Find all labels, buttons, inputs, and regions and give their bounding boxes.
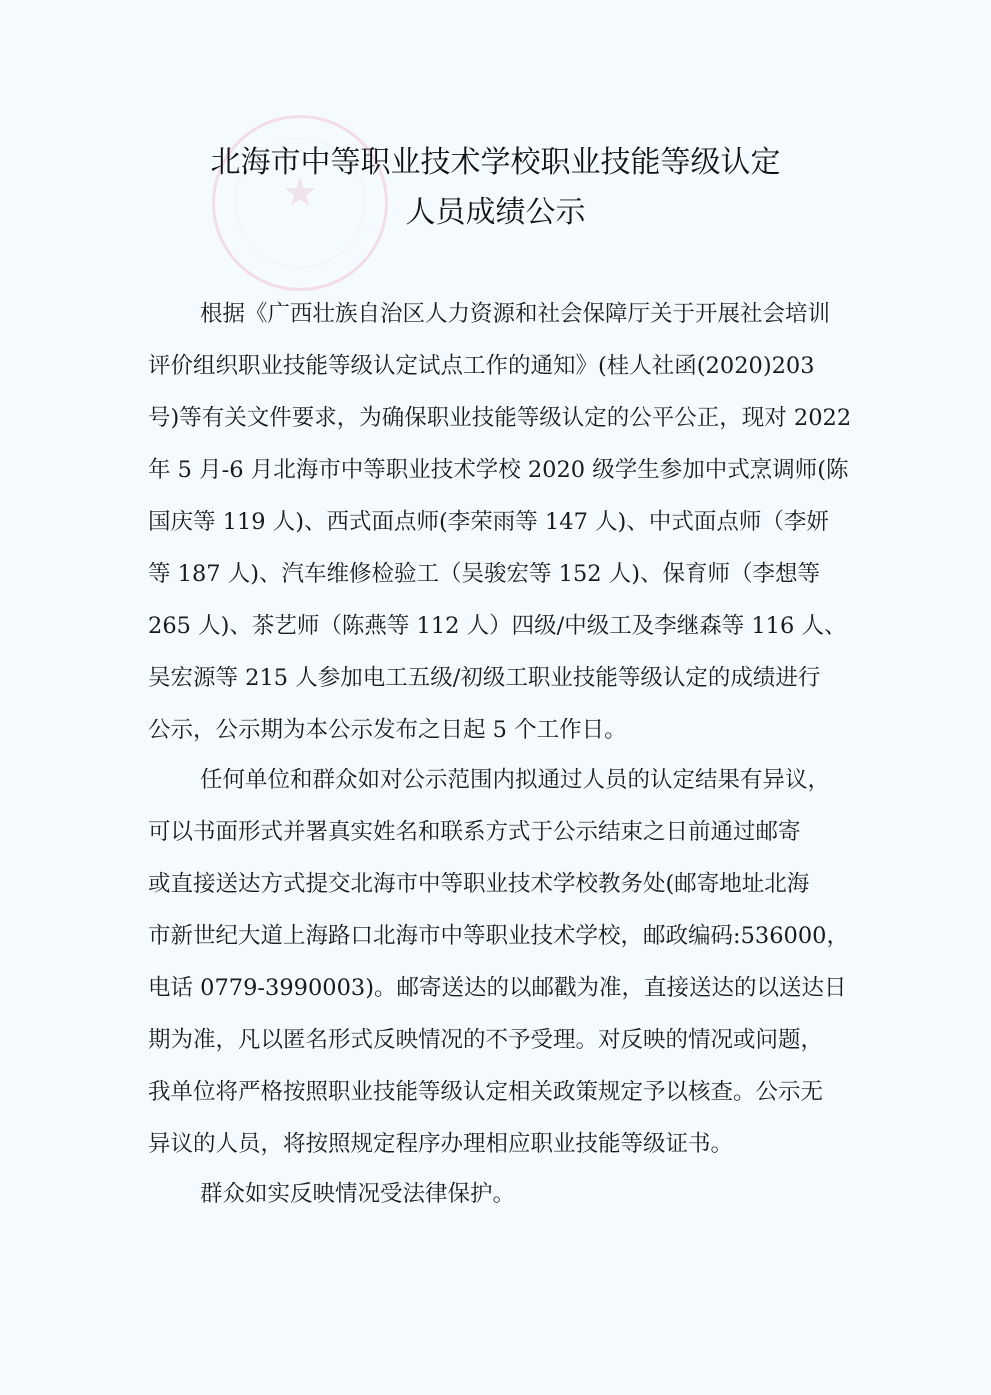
- document-title-line-1: 北海市中等职业技术学校职业技能等级认定: [0, 137, 991, 181]
- text-line: 我单位将严格按照职业技能等级认定相关政策规定予以核查。公示无: [148, 1066, 848, 1118]
- text-line: 根据《广西壮族自治区人力资源和社会保障厅关于开展社会培训: [148, 288, 848, 340]
- paragraph-legal-protection: 群众如实反映情况受法律保护。: [148, 1168, 848, 1220]
- text-line: 265 人)、茶艺师（陈燕等 112 人）四级/中级工及李继森等 116 人、: [148, 600, 848, 652]
- text-line: 异议的人员，将按照规定程序办理相应职业技能等级证书。: [148, 1118, 848, 1170]
- text-line: 或直接送达方式提交北海市中等职业技术学校教务处(邮寄地址北海: [148, 858, 848, 910]
- text-line: 号)等有关文件要求，为确保职业技能等级认定的公平公正，现对 2022: [148, 392, 848, 444]
- text-line: 群众如实反映情况受法律保护。: [148, 1168, 848, 1220]
- paragraph-objection-procedure: 任何单位和群众如对公示范围内拟通过人员的认定结果有异议， 可以书面形式并署真实姓…: [148, 754, 848, 1170]
- text-line: 任何单位和群众如对公示范围内拟通过人员的认定结果有异议，: [148, 754, 848, 806]
- text-line: 期为准，凡以匿名形式反映情况的不予受理。对反映的情况或问题，: [148, 1014, 848, 1066]
- text-line: 评价组织职业技能等级认定试点工作的通知》(桂人社函(2020)203: [148, 340, 848, 392]
- text-line: 可以书面形式并署真实姓名和联系方式于公示结束之日前通过邮寄: [148, 806, 848, 858]
- text-line: 等 187 人)、汽车维修检验工（吴骏宏等 152 人)、保育师（李想等: [148, 548, 848, 600]
- text-line: 国庆等 119 人)、西式面点师(李荣雨等 147 人)、中式面点师（李妍: [148, 496, 848, 548]
- paragraph-announcement: 根据《广西壮族自治区人力资源和社会保障厅关于开展社会培训 评价组织职业技能等级认…: [148, 288, 848, 756]
- text-line: 吴宏源等 215 人参加电工五级/初级工职业技能等级认定的成绩进行: [148, 652, 848, 704]
- document-title-line-2: 人员成绩公示: [0, 187, 991, 231]
- text-line: 市新世纪大道上海路口北海市中等职业技术学校，邮政编码:536000，: [148, 910, 848, 962]
- text-line: 电话 0779-3990003)。邮寄送达的以邮戳为准，直接送达的以送达日: [148, 962, 848, 1014]
- text-line: 公示，公示期为本公示发布之日起 5 个工作日。: [148, 704, 848, 756]
- text-line: 年 5 月-6 月北海市中等职业技术学校 2020 级学生参加中式烹调师(陈: [148, 444, 848, 496]
